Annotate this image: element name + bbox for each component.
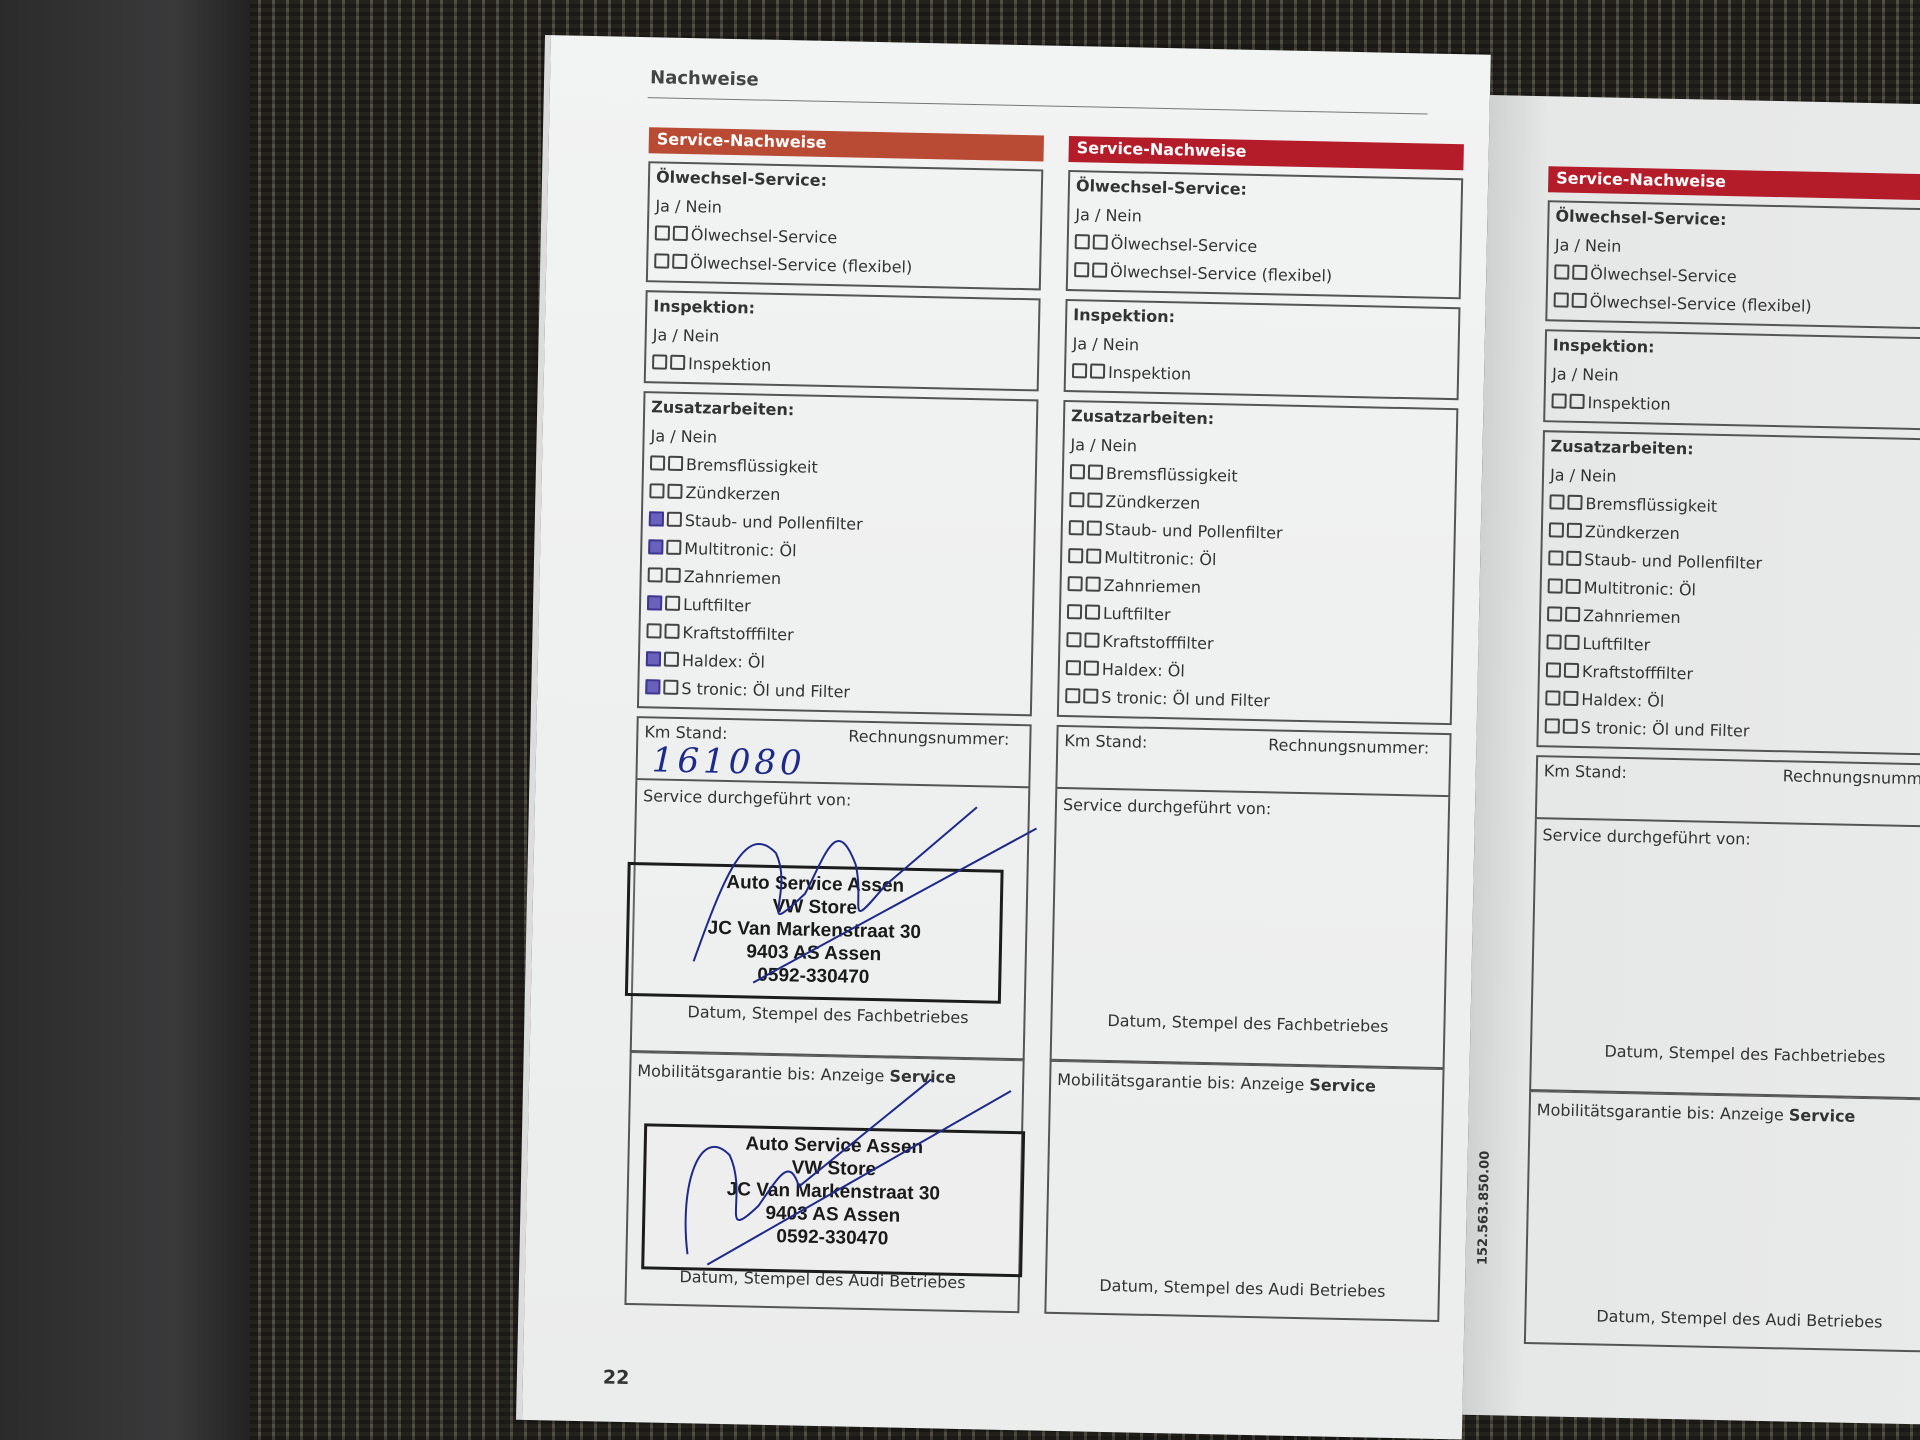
mobility-label-text: Mobilitätsgarantie bis: Anzeige xyxy=(1537,1100,1784,1124)
checklist-item-label: Bremsflüssigkeit xyxy=(1585,494,1717,516)
ja-checkbox[interactable] xyxy=(1548,550,1563,565)
ja-checkbox[interactable] xyxy=(1069,520,1084,535)
dealer-stamp: Auto Service AssenVW StoreJC Van Markens… xyxy=(625,862,1004,1004)
checklist-item-label: Staub- und Pollenfilter xyxy=(685,511,863,534)
mobility-guarantee-label: Mobilitätsgarantie bis: Anzeige Service xyxy=(1057,1070,1376,1096)
invoice-number-label: Rechnungsnummer: xyxy=(1783,766,1920,788)
invoice-number-label: Rechnungsnummer: xyxy=(1268,735,1429,757)
checklist-item-label: Kraftstofffilter xyxy=(682,623,794,644)
oil-change-section: Ölwechsel-Service:Ja / NeinÖlwechsel-Ser… xyxy=(1066,170,1463,299)
nein-checkbox[interactable] xyxy=(1572,293,1587,308)
section-heading: Zusatzarbeiten: xyxy=(1550,436,1920,464)
nein-checkbox[interactable] xyxy=(1087,492,1102,507)
checklist-item-label: Inspektion xyxy=(688,354,771,375)
booklet-page-left: Nachweise Service-NachweiseÖlwechsel-Ser… xyxy=(516,35,1491,1440)
ja-checkbox[interactable] xyxy=(1548,578,1563,593)
checklist-item-label: Haldex: Öl xyxy=(682,651,765,672)
checklist-item-label: Bremsflüssigkeit xyxy=(686,455,818,477)
mileage-value[interactable]: 161080 xyxy=(651,740,806,783)
ja-checkbox[interactable] xyxy=(1070,464,1085,479)
checklist-item-label: Inspektion xyxy=(1108,363,1191,384)
nein-checkbox[interactable] xyxy=(1083,688,1098,703)
mobility-guarantee-box: Mobilitätsgarantie bis: Anzeige ServiceA… xyxy=(624,1052,1024,1313)
checklist-item-label: Staub- und Pollenfilter xyxy=(1105,520,1283,543)
section-banner: Service-Nachweise xyxy=(1068,136,1463,170)
ja-checkbox[interactable] xyxy=(648,567,663,582)
mobility-label-bold: Service xyxy=(1309,1075,1376,1095)
section-banner: Service-Nachweise xyxy=(649,127,1044,161)
section-heading: Ölwechsel-Service: xyxy=(1076,176,1455,203)
service-record-column-2: Service-NachweiseÖlwechsel-Service:Ja / … xyxy=(1044,136,1464,1322)
nein-checkbox[interactable] xyxy=(1086,548,1101,563)
page-number: 22 xyxy=(603,1367,630,1390)
inspection-section: Inspektion:Ja / NeinInspektion xyxy=(644,290,1041,391)
ja-checkbox[interactable] xyxy=(1072,363,1087,378)
ja-checkbox[interactable] xyxy=(646,623,661,638)
ja-checkbox[interactable] xyxy=(1549,522,1564,537)
nein-checkbox[interactable] xyxy=(666,540,681,555)
performed-by-box: Service durchgeführt von:Datum, Stempel … xyxy=(1529,819,1920,1100)
checklist-item-label: Ölwechsel-Service xyxy=(1111,234,1258,256)
mobility-guarantee-label: Mobilitätsgarantie bis: Anzeige Service xyxy=(1537,1100,1856,1126)
date-stamp-caption: Datum, Stempel des Fachbetriebes xyxy=(1052,1010,1443,1037)
nein-checkbox[interactable] xyxy=(1084,632,1099,647)
ja-checkbox[interactable] xyxy=(1546,662,1561,677)
oil-change-section: Ölwechsel-Service:Ja / NeinÖlwechsel-Ser… xyxy=(1545,200,1920,330)
ja-checkbox[interactable] xyxy=(1075,234,1090,249)
audi-stamp-caption: Datum, Stempel des Audi Betriebes xyxy=(1526,1305,1920,1333)
nein-checkbox[interactable] xyxy=(663,680,678,695)
service-record-column-1: Service-NachweiseÖlwechsel-Service:Ja / … xyxy=(624,127,1044,1313)
ja-checkbox[interactable] xyxy=(652,354,667,369)
nein-checkbox[interactable] xyxy=(666,568,681,583)
nein-checkbox[interactable] xyxy=(672,254,687,269)
checklist-item-label: Zündkerzen xyxy=(1105,492,1200,513)
nein-checkbox[interactable] xyxy=(1563,691,1578,706)
additional-work-section: Zusatzarbeiten:Ja / NeinBremsflüssigkeit… xyxy=(1057,400,1459,725)
ja-checkbox[interactable] xyxy=(654,253,669,268)
checklist-item-label: Inspektion xyxy=(1587,393,1670,414)
inspection-section: Inspektion:Ja / NeinInspektion xyxy=(1064,299,1461,400)
nein-checkbox[interactable] xyxy=(664,652,679,667)
mobility-guarantee-label: Mobilitätsgarantie bis: Anzeige Service xyxy=(637,1061,956,1087)
checklist-item-label: Multitronic: Öl xyxy=(1104,548,1217,569)
mobility-guarantee-box: Mobilitätsgarantie bis: Anzeige ServiceD… xyxy=(1524,1091,1920,1353)
checklist-item-label: Zahnriemen xyxy=(1583,606,1681,627)
ja-checkbox[interactable] xyxy=(650,455,665,470)
additional-work-section: Zusatzarbeiten:Ja / NeinBremsflüssigkeit… xyxy=(1536,430,1920,756)
checklist-item-label: Haldex: Öl xyxy=(1102,660,1185,681)
ja-checkbox[interactable] xyxy=(1546,634,1561,649)
nein-checkbox[interactable] xyxy=(1565,607,1580,622)
checklist-item-label: Luftfilter xyxy=(1582,634,1650,654)
checklist-item-label: Ölwechsel-Service xyxy=(691,225,838,247)
service-record-column-3: Service-NachweiseÖlwechsel-Service:Ja / … xyxy=(1524,166,1920,1353)
mobility-label-text: Mobilitätsgarantie bis: Anzeige xyxy=(1057,1070,1304,1094)
nein-checkbox[interactable] xyxy=(1090,363,1105,378)
mileage-label: Km Stand: xyxy=(1544,761,1627,782)
ja-checkbox[interactable] xyxy=(1551,393,1566,408)
mobility-label-bold: Service xyxy=(1789,1105,1856,1125)
checklist-item-label: Zahnriemen xyxy=(1103,576,1201,597)
ja-checkbox[interactable] xyxy=(1069,492,1084,507)
section-heading: Inspektion: xyxy=(653,296,1032,323)
nein-checkbox[interactable] xyxy=(668,456,683,471)
nein-checkbox[interactable] xyxy=(1093,235,1108,250)
checklist-item-label: Ölwechsel-Service (flexibel) xyxy=(1589,292,1811,316)
ja-checkbox[interactable] xyxy=(1074,262,1089,277)
nein-checkbox[interactable] xyxy=(1564,663,1579,678)
checklist-item-label: Staub- und Pollenfilter xyxy=(1584,550,1762,573)
nein-checkbox[interactable] xyxy=(667,512,682,527)
checklist-item-label: Haldex: Öl xyxy=(1581,690,1664,711)
section-heading: Ölwechsel-Service: xyxy=(1555,206,1920,234)
ja-checkbox[interactable] xyxy=(1554,264,1569,279)
performed-by-label: Service durchgeführt von: xyxy=(1063,795,1272,818)
nein-checkbox[interactable] xyxy=(1084,660,1099,675)
oil-change-section: Ölwechsel-Service:Ja / NeinÖlwechsel-Ser… xyxy=(646,161,1043,290)
ja-checkbox[interactable] xyxy=(1549,494,1564,509)
nein-checkbox[interactable] xyxy=(1567,495,1582,510)
additional-work-section: Zusatzarbeiten:Ja / NeinBremsflüssigkeit… xyxy=(637,391,1039,716)
checklist-item-label: Bremsflüssigkeit xyxy=(1106,464,1238,486)
nein-checkbox[interactable] xyxy=(1567,523,1582,538)
nein-checkbox[interactable] xyxy=(1563,719,1578,734)
date-stamp-caption: Datum, Stempel des Fachbetriebes xyxy=(1532,1040,1920,1068)
section-heading: Ölwechsel-Service: xyxy=(656,167,1035,194)
ja-checkbox[interactable] xyxy=(1065,688,1080,703)
nein-checkbox[interactable] xyxy=(1572,265,1587,280)
ja-checkbox[interactable] xyxy=(1545,718,1560,733)
ja-checkbox[interactable] xyxy=(649,511,664,526)
mobility-guarantee-box: Mobilitätsgarantie bis: Anzeige ServiceD… xyxy=(1044,1061,1444,1322)
mileage-invoice-box: Km Stand:Rechnungsnummer: xyxy=(1535,755,1920,828)
ja-checkbox[interactable] xyxy=(1066,660,1081,675)
ja-checkbox[interactable] xyxy=(647,595,662,610)
performed-by-box: Service durchgeführt von:Datum, Stempel … xyxy=(1050,789,1451,1069)
car-seat-background xyxy=(0,0,250,1440)
ja-checkbox[interactable] xyxy=(646,651,661,666)
checklist-item-label: Kraftstofffilter xyxy=(1582,662,1694,683)
section-heading: Inspektion: xyxy=(1553,335,1920,363)
ja-checkbox[interactable] xyxy=(1067,576,1082,591)
ja-checkbox[interactable] xyxy=(1067,604,1082,619)
nein-checkbox[interactable] xyxy=(1085,604,1100,619)
checklist-item-label: S tronic: Öl und Filter xyxy=(1581,718,1750,741)
ja-checkbox[interactable] xyxy=(1068,548,1083,563)
invoice-number-label: Rechnungsnummer: xyxy=(848,727,1009,749)
performed-by-label: Service durchgeführt von: xyxy=(1542,825,1751,848)
ja-checkbox[interactable] xyxy=(649,483,664,498)
checklist-item-label: Zündkerzen xyxy=(685,483,780,504)
nein-checkbox[interactable] xyxy=(670,355,685,370)
section-title: Nachweise xyxy=(650,67,759,90)
nein-checkbox[interactable] xyxy=(673,226,688,241)
checklist-item-label: Ölwechsel-Service (flexibel) xyxy=(1110,262,1332,286)
header-divider xyxy=(648,97,1428,114)
nein-checkbox[interactable] xyxy=(664,624,679,639)
booklet-page-right: 152.563.850.00 Service-NachweiseÖlwechse… xyxy=(1462,95,1920,1425)
nein-checkbox[interactable] xyxy=(667,484,682,499)
ja-checkbox[interactable] xyxy=(1554,292,1569,307)
nein-checkbox[interactable] xyxy=(1566,551,1581,566)
section-heading: Zusatzarbeiten: xyxy=(651,397,1030,424)
mileage-invoice-box: Km Stand:Rechnungsnummer: xyxy=(1055,725,1451,797)
ja-checkbox[interactable] xyxy=(1066,632,1081,647)
checklist-item-label: Zündkerzen xyxy=(1585,522,1680,543)
ja-checkbox[interactable] xyxy=(1545,690,1560,705)
part-number: 152.563.850.00 xyxy=(1475,1151,1492,1266)
checklist-item-label: Luftfilter xyxy=(1103,604,1171,624)
checklist-item-label: Ölwechsel-Service xyxy=(1590,264,1737,286)
checklist-item-label: Multitronic: Öl xyxy=(1584,578,1697,599)
section-banner: Service-Nachweise xyxy=(1548,166,1920,201)
nein-checkbox[interactable] xyxy=(1087,520,1102,535)
nein-checkbox[interactable] xyxy=(1566,579,1581,594)
section-heading: Inspektion: xyxy=(1073,305,1452,332)
ja-checkbox[interactable] xyxy=(1547,606,1562,621)
dealer-stamp: Auto Service AssenVW StoreJC Van Markens… xyxy=(641,1123,1025,1277)
ja-checkbox[interactable] xyxy=(648,539,663,554)
checklist-item-label: S tronic: Öl und Filter xyxy=(1101,688,1270,711)
nein-checkbox[interactable] xyxy=(1088,464,1103,479)
mobility-label-bold: Service xyxy=(889,1066,956,1086)
checklist-item-label: Multitronic: Öl xyxy=(684,539,797,560)
ja-checkbox[interactable] xyxy=(645,679,660,694)
section-heading: Zusatzarbeiten: xyxy=(1071,406,1450,433)
checklist-item-label: Kraftstofffilter xyxy=(1102,632,1214,653)
ja-checkbox[interactable] xyxy=(655,225,670,240)
mileage-label: Km Stand: xyxy=(1064,731,1147,752)
nein-checkbox[interactable] xyxy=(1092,263,1107,278)
mobility-label-text: Mobilitätsgarantie bis: Anzeige xyxy=(637,1061,884,1085)
checklist-item-label: Ölwechsel-Service (flexibel) xyxy=(690,253,912,277)
checklist-item-label: Zahnriemen xyxy=(683,567,781,588)
mileage-invoice-box: Km Stand:Rechnungsnummer:161080 xyxy=(635,716,1031,788)
nein-checkbox[interactable] xyxy=(1564,635,1579,650)
nein-checkbox[interactable] xyxy=(1569,394,1584,409)
audi-stamp-caption: Datum, Stempel des Audi Betriebes xyxy=(1047,1275,1438,1302)
nein-checkbox[interactable] xyxy=(665,596,680,611)
inspection-section: Inspektion:Ja / NeinInspektion xyxy=(1543,329,1920,431)
date-stamp-caption: Datum, Stempel des Fachbetriebes xyxy=(632,1001,1023,1028)
performed-by-box: Service durchgeführt von:Auto Service As… xyxy=(630,780,1031,1060)
performed-by-label: Service durchgeführt von: xyxy=(643,786,852,809)
nein-checkbox[interactable] xyxy=(1085,576,1100,591)
checklist-item-label: S tronic: Öl und Filter xyxy=(681,679,850,702)
checklist-item-label: Luftfilter xyxy=(683,595,751,615)
